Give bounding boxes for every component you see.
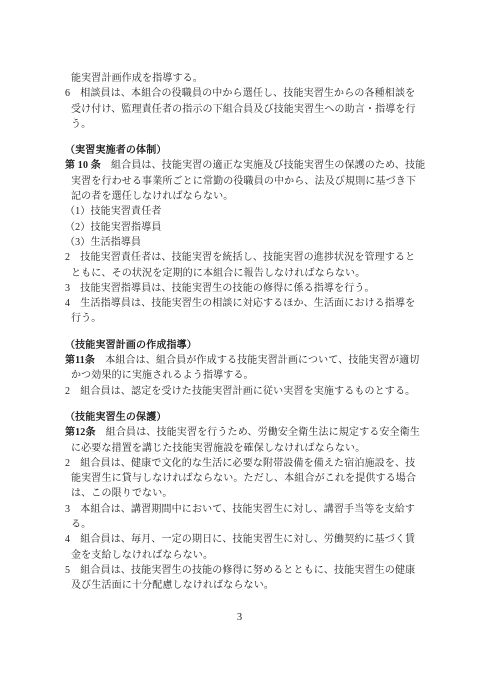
text-line: る。 [65,517,417,532]
text-line: 2 組合員は、健康で文化的な生活に必要な附帯設備を備えた宿泊施設を、技 [65,456,417,471]
text-line: 及び生活面に十分配慮しなければならない。 [65,578,417,593]
text-line: （3）生活指導員 [65,235,417,250]
text-line: 能実習生に貸与しなければならない。ただし、本組合がこれを提供する場合 [65,471,417,486]
article-line: 第 10 条 組合員は、技能実習の適正な実施及び技能実習生の保護のため、技能 [65,158,417,173]
text-line: 実習を行わせる事業所ごとに常勤の役職員の中から、法及び規則に基づき下 [65,174,417,189]
text-line: 5 組合員は、技能実習生の技能の修得に努めるとともに、技能実習生の健康 [65,563,417,578]
article-line: 第11条 本組合は、組合員が作成する技能実習計画について、技能実習が適切 [65,353,417,368]
document-body: 能実習計画作成を指導する。6 相談員は、本組合の役職員の中から選任し、技能実習生… [65,71,417,594]
line-text: 本組合は、組合員が作成する技能実習計画について、技能実習が適切 [95,355,419,366]
section-heading: （技能実習計画の作成指導） [65,338,417,353]
text-line: 記の者を選任しなければならない。 [65,189,417,204]
page-number: 3 [0,610,479,625]
text-line: かつ効果的に実施されるよう指導する。 [65,368,417,383]
article-number: 第12条 [65,427,96,438]
document-page: 能実習計画作成を指導する。6 相談員は、本組合の役職員の中から選任し、技能実習生… [0,0,479,677]
text-line: （2）技能実習指導員 [65,220,417,235]
section-heading: （技能実習生の保護） [65,410,417,425]
text-line: 2 技能実習責任者は、技能実習を統括し、技能実習の進捗状況を管理すると [65,250,417,265]
text-line: 6 相談員は、本組合の役職員の中から選任し、技能実習生からの各種相談を [65,86,417,101]
text-line: 4 組合員は、毎月、一定の期日に、技能実習生に対し、労働契約に基づく賃 [65,532,417,547]
article-number: 第11条 [65,355,95,366]
text-line: 2 組合員は、認定を受けた技能実習計画に従い実習を実施するものとする。 [65,384,417,399]
section-heading: （実習実施者の体制） [65,143,417,158]
article-line: 第12条 組合員は、技能実習を行うため、労働安全衛生法に規定する安全衛生 [65,425,417,440]
article-number: 第 10 条 [65,160,101,171]
text-line: 受け付け、監理責任者の指示の下組合員及び技能実習生への助言・指導を行 [65,102,417,117]
text-line: 行う。 [65,311,417,326]
line-text: 組合員は、技能実習を行うため、労働安全衛生法に規定する安全衛生 [96,427,420,438]
text-line: に必要な措置を講じた技能実習施設を確保しなければならない。 [65,441,417,456]
line-text: 組合員は、技能実習の適正な実施及び技能実習生の保護のため、技能 [101,160,425,171]
text-line: は、この限りでない。 [65,486,417,501]
text-line: 3 本組合は、講習期間中において、技能実習生に対し、講習手当等を支給す [65,502,417,517]
text-line: （1）技能実習責任者 [65,204,417,219]
text-line: ともに、その状況を定期的に本組合に報告しなければならない。 [65,266,417,281]
text-line: 3 技能実習指導員は、技能実習生の技能の修得に係る指導を行う。 [65,281,417,296]
text-line: 能実習計画作成を指導する。 [65,71,417,86]
text-line: う。 [65,117,417,132]
text-line: 4 生活指導員は、技能実習生の相談に対応するほか、生活面における指導を [65,296,417,311]
text-line: 金を支給しなければならない。 [65,548,417,563]
